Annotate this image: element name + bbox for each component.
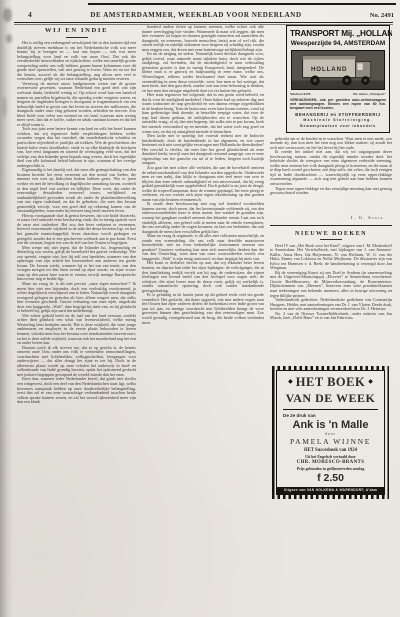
paragraph: Men werpe mij niet tegen, dat de Inlande…	[17, 246, 136, 282]
ornament-icon: ◆	[288, 379, 293, 385]
title-divider	[66, 37, 88, 38]
book-ad-success-line: HET Succesboek van 1924	[281, 448, 380, 453]
book-publisher: Uitgave van VAN HOLKEMA & WARENDORF, A'd…	[277, 487, 384, 494]
transport-ad-address: Weesperzijde 94, AMSTERDAM	[290, 40, 386, 47]
book-ad-translated-line: Uit het Engelsch vertaald door	[281, 455, 380, 459]
nieuwe-boeken-section: NIEUWE BOEKEN Deel IV van „Het Boek voor…	[270, 225, 392, 360]
telegraph-address: Tel.-Adres „Transport”	[353, 92, 386, 96]
transport-ad-storage: Bewaarplaatsen voor inboedels	[290, 124, 386, 128]
top-rule	[88, 3, 396, 5]
book-title: Ank is 'n Malle	[281, 419, 380, 431]
paragraph: Vaderlandsche gedichten. Nederlandsche g…	[270, 298, 392, 312]
truck-image: HOLLAND	[292, 51, 384, 89]
column-3: TRANSPORT Mij. „HOLLAND”, Weesperzijde 9…	[270, 25, 392, 600]
paragraph: Hierop voortgaande durf ik gerust bewere…	[17, 214, 136, 246]
scan-smudge	[6, 34, 12, 43]
masthead-title: DE AMSTERDAMMER, WEEKBLAD VOOR NEDERLAND	[54, 11, 338, 19]
paragraph: Maar nu vraag ik: is dit niet precies „o…	[17, 282, 136, 314]
transport-ad-contact: Telefoon 9475. Tel.-Adres „Transport”	[290, 92, 386, 96]
paragraph: Wie echter geduld heeft en de taal van h…	[17, 314, 136, 346]
page-number: 4	[14, 10, 54, 19]
newspaper-page: 4 DE AMSTERDAMMER, WEEKBLAD VOOR NEDERLA…	[0, 0, 400, 617]
paragraph: Eerst dan, wanneer ieder Nederlander bes…	[17, 377, 136, 404]
scan-smudge	[2, 96, 7, 118]
scan-smudge	[3, 8, 12, 22]
paragraph: Er is gelukkig in de laatste jaren op di…	[142, 293, 264, 325]
book-translator: CHR. MORESCO-BRANTS	[281, 460, 380, 465]
transport-ad-body: VERHUIZINGEN, ook per gesloten auto-verh…	[290, 98, 386, 110]
book-of-the-week-ad: ◆ HET BOEK ◆ VAN DE WEEK De 2e druk van …	[272, 366, 389, 499]
nieuwe-boeken-title: NIEUWE BOEKEN	[270, 230, 392, 237]
paragraph: Ik roerde het artikel niet aan, dat wij …	[270, 150, 392, 186]
paragraph: Hier staat tegenover het volgende, dat i…	[142, 93, 264, 134]
paragraph: Toch zou juist eene betere kennis van la…	[17, 127, 136, 168]
paragraph: Verreweg de meeste onzer landgenooten we…	[17, 82, 136, 127]
header-rule	[14, 22, 393, 23]
book-ad-inner: ◆ HET BOEK ◆ VAN DE WEEK De 2e druk van …	[276, 370, 385, 495]
transport-ad: TRANSPORT Mij. „HOLLAND”, Weesperzijde 9…	[286, 25, 390, 133]
page-header: 4 DE AMSTERDAMMER, WEEKBLAD VOOR NEDERLA…	[14, 10, 394, 21]
book-ad-header-line2: VAN DE WEEK	[281, 391, 380, 406]
article-column-2: honderd andere feiten op kunnen noemen, …	[142, 25, 264, 480]
book-ad-header-line1: HET BOEK	[296, 375, 365, 390]
book-ad-intro: De 2e druk van	[283, 413, 380, 418]
paragraph: En nu de neiging tot stelen. Natuurlijk …	[142, 52, 264, 93]
paragraph: Daarom juich ik elk streven toe, dat er …	[17, 346, 136, 378]
article-text-col1: Het is stellig een verheugend verschijns…	[17, 41, 136, 477]
truck-photo: HOLLAND	[291, 50, 385, 90]
paragraph: Maar nu vraag ik nogmaals: is dit alles …	[142, 234, 264, 261]
author-signature: J. G. Sinia	[270, 215, 392, 220]
paragraph: Het is stellig een verheugend verschijns…	[17, 41, 136, 82]
issue-number: No. 2491	[338, 12, 394, 19]
paragraph: No. 2 van de Nieuwe Tooneelbibliotheek, …	[270, 312, 392, 321]
book-ad-header: ◆ HET BOEK ◆	[281, 375, 380, 390]
nieuwe-boeken-text: Deel IV van „Het Boek voor het Kind”, ui…	[270, 244, 392, 360]
paragraph: Men lache niet te spoedig: het voorval t…	[142, 134, 264, 166]
ornament-icon: ◆	[368, 379, 373, 385]
title-divider	[320, 239, 342, 240]
article-text-col2: honderd andere feiten op kunnen noemen, …	[142, 25, 264, 473]
paragraph: gebruikt om er de borden in te wasschen.…	[270, 137, 392, 151]
book-ad-rule	[283, 409, 378, 410]
book-ad-door: door	[281, 432, 380, 436]
paragraph: Ik zoude deze beschouwing met nog wel ho…	[142, 202, 264, 234]
transport-ad-services: BEHANGERIJ en STOFFEERDERIJ	[290, 112, 386, 117]
transport-ad-title: TRANSPORT Mij. „HOLLAND”,	[290, 29, 386, 38]
scan-edge-shadow	[0, 0, 13, 617]
paragraph: Het komt er derhalve slechts op aan, dat…	[142, 261, 264, 293]
article-column-1: WIJ EN INDIE Het is stellig een verheuge…	[17, 27, 136, 479]
article-text-col3: gebruikt om er de borden in te wasschen.…	[270, 137, 392, 213]
paragraph: Tegen eene oppervlakkige en dus eenzijdi…	[270, 187, 392, 196]
transport-ad-cleaning: Machinale Stofreiniging.	[290, 118, 386, 122]
truck-side-label: HOLLAND	[311, 66, 347, 73]
book-price-label: Prijs gebonden in geïllustreerden omslag	[281, 467, 380, 471]
paragraph: Eigenaardig is het daarbij wel, dat men …	[17, 168, 136, 213]
phone-number: Telefoon 9475.	[290, 92, 311, 96]
book-price: f 2.50	[281, 472, 380, 484]
paragraph: Deel IV van „Het Boek voor het Kind”, ui…	[270, 244, 392, 271]
paragraph: honderd andere feiten op kunnen noemen, …	[142, 25, 264, 52]
article-title: WIJ EN INDIE	[17, 27, 136, 34]
paragraph: Zoo gaat het met schier alle verhalen, d…	[142, 166, 264, 202]
paragraph: Bij de vereeniging Kunst zij ons Doel te…	[270, 271, 392, 298]
book-author: PAMELA WIJNNE	[281, 437, 380, 446]
